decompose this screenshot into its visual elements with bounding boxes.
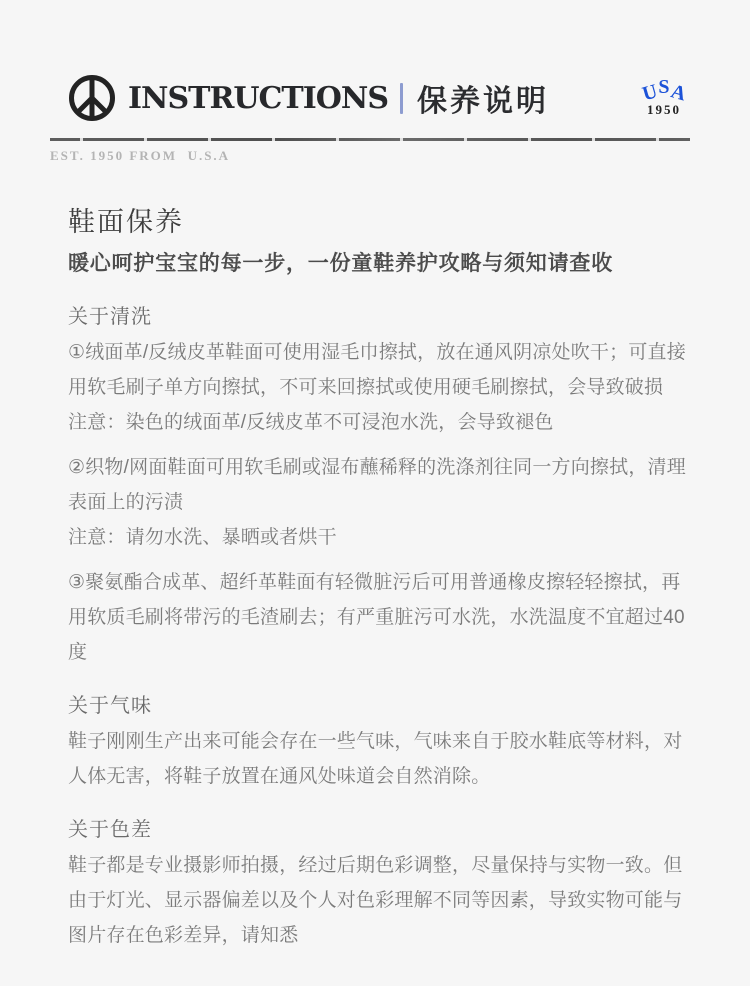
paragraph-block: ③聚氨酯合成革、超纤革鞋面有轻微脏污后可用普通橡皮擦轻轻擦拭，再用软质毛刷将带污… [68, 565, 692, 670]
page-subtitle: 暖心呵护宝宝的每一步，一份童鞋养护攻略与须知请查收 [68, 246, 692, 281]
paragraph: 鞋子刚刚生产出来可能会存在一些气味，气味来自于胶水鞋底等材料，对人体无害，将鞋子… [68, 724, 692, 794]
paragraph-block: 鞋子刚刚生产出来可能会存在一些气味，气味来自于胶水鞋底等材料，对人体无害，将鞋子… [68, 724, 692, 794]
page-title: 鞋面保养 [68, 202, 692, 242]
note: 注意：染色的绒面革/反绒皮革不可浸泡水洗，会导致褪色 [68, 405, 692, 440]
paragraph-block: ②织物/网面鞋面可用软毛刷或湿布蘸稀释的洗涤剂往同一方向擦拭，清理表面上的污渍 … [68, 450, 692, 555]
section-heading-odor: 关于气味 [68, 688, 692, 724]
paragraph-block: 鞋子都是专业摄影师拍摄，经过后期色彩调整，尽量保持与实物一致。但由于灯光、显示器… [68, 848, 692, 953]
brand-wordmark: INSTRUCTIONS [128, 81, 388, 116]
section-heading-cleaning: 关于清洗 [68, 299, 692, 335]
header-separator [400, 83, 403, 114]
paragraph: ①绒面革/反绒皮革鞋面可使用湿毛巾擦拭，放在通风阴凉处吹干；可直接用软毛刷子单方… [68, 335, 692, 405]
section-odor: 关于气味 鞋子刚刚生产出来可能会存在一些气味，气味来自于胶水鞋底等材料，对人体无… [68, 688, 692, 794]
section-cleaning: 关于清洗 ①绒面革/反绒皮革鞋面可使用湿毛巾擦拭，放在通风阴凉处吹干；可直接用软… [68, 299, 692, 670]
note: 注意：请勿水洗、暴晒或者烘干 [68, 520, 692, 555]
header-title-cn: 保养说明 [417, 76, 549, 120]
usa-1950-badge: USA 1950 [642, 79, 692, 118]
section-color-difference: 关于色差 鞋子都是专业摄影师拍摄，经过后期色彩调整，尽量保持与实物一致。但由于灯… [68, 812, 692, 953]
peace-icon [68, 74, 116, 122]
section-heading-color-difference: 关于色差 [68, 812, 692, 848]
paragraph: ②织物/网面鞋面可用软毛刷或湿布蘸稀释的洗涤剂往同一方向擦拭，清理表面上的污渍 [68, 450, 692, 520]
intro: 鞋面保养 暖心呵护宝宝的每一步，一份童鞋养护攻略与须知请查收 [68, 202, 692, 281]
paragraph: ③聚氨酯合成革、超纤革鞋面有轻微脏污后可用普通橡皮擦轻轻擦拭，再用软质毛刷将带污… [68, 565, 692, 670]
paragraph-block: ①绒面革/反绒皮革鞋面可使用湿毛巾擦拭，放在通风阴凉处吹干；可直接用软毛刷子单方… [68, 335, 692, 440]
care-instructions-page: INSTRUCTIONS 保养说明 USA 1950 EST. 1950 FRO… [0, 0, 750, 986]
paragraph: 鞋子都是专业摄影师拍摄，经过后期色彩调整，尽量保持与实物一致。但由于灯光、显示器… [68, 848, 692, 953]
header: INSTRUCTIONS 保养说明 USA 1950 [68, 72, 692, 124]
established-text: EST. 1950 FROM U.S.A [50, 148, 692, 164]
usa-arc-text: USA [642, 83, 686, 100]
distressed-divider [50, 138, 690, 141]
